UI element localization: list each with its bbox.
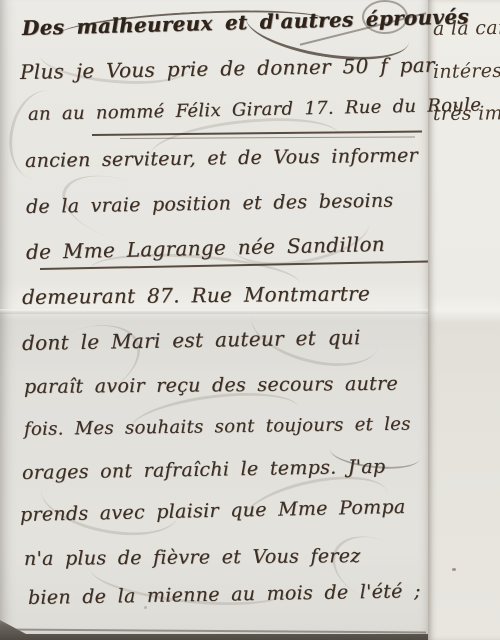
horizontal-fold-crease <box>0 309 428 314</box>
manuscript-line-7: demeurant 87. Rue Montmartre <box>22 281 370 309</box>
paper-bottom-edge <box>6 629 426 634</box>
right-fragment-2: intéressa <box>433 59 500 83</box>
right-fragment-3: très im <box>433 102 500 125</box>
flourish-loop <box>362 0 408 34</box>
ink-speck <box>452 568 456 571</box>
manuscript-line-13: n'a plus de fièvre et Vous ferez <box>24 545 361 571</box>
manuscript-photo: Des malheureux et d'autres éprouvés Plus… <box>0 0 500 640</box>
manuscript-line-9: paraît avoir reçu des secours autre <box>24 373 398 399</box>
right-fragment-1: à la cam <box>433 17 500 41</box>
ink-speck <box>144 606 147 609</box>
